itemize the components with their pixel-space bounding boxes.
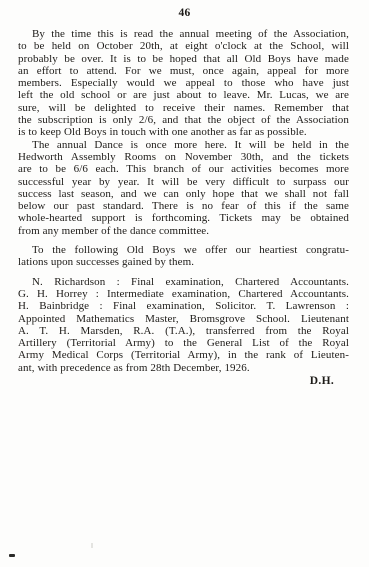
page-body: By the time this is read the annual meet… (18, 28, 349, 388)
text-line: lations upon successes gained by them. (18, 256, 349, 268)
text-line: ant, with precedence as from 28th Decemb… (18, 362, 349, 374)
text-line: is to keep Old Boys in touch with one an… (18, 126, 349, 138)
text-line: left the old school or are just about to… (18, 89, 349, 101)
paragraph: The annual Dance is once more here. It w… (18, 139, 349, 237)
text-line: Artillery (Territorial Army) to the Gene… (18, 337, 349, 349)
text-line: N. Richardson : Final examination, Chart… (18, 276, 349, 288)
text-line: an effort to attend. For we must, once a… (18, 65, 349, 77)
paragraph-container: By the time this is read the annual meet… (18, 28, 349, 374)
text-line: members. Especially would we appeal to t… (18, 77, 349, 89)
text-line: H. Bainbridge : Final examination, Solic… (18, 300, 349, 312)
text-line: below our past standard. There is no fea… (18, 200, 349, 212)
text-line: Army Medical Corps (Territorial Army), i… (18, 349, 349, 361)
text-line: success last season, and we can only hop… (18, 188, 349, 200)
text-line: probably be over. It is to be hoped that… (18, 53, 349, 65)
text-line: A. T. H. Marsden, R.A. (T.A.), transferr… (18, 325, 349, 337)
text-line: Hedworth Assembly Rooms on November 30th… (18, 151, 349, 163)
text-line: To the following Old Boys we offer our h… (18, 244, 349, 256)
text-line: are to be 6/6 each. This branch of our a… (18, 163, 349, 175)
text-line: By the time this is read the annual meet… (18, 28, 349, 40)
scan-artifact-dark (9, 554, 15, 557)
text-line: Appointed Mathematics Master, Bromsgrove… (18, 313, 349, 325)
text-line: G. H. Horrey : Intermediate examination,… (18, 288, 349, 300)
paragraph: N. Richardson : Final examination, Chart… (18, 276, 349, 374)
text-line: to be held on October 20th, at eight o'c… (18, 40, 349, 52)
scan-artifact-faint (91, 543, 93, 548)
text-line: The annual Dance is once more here. It w… (18, 139, 349, 151)
paragraph: To the following Old Boys we offer our h… (18, 244, 349, 269)
text-line: from any member of the dance committee. (18, 225, 349, 237)
author-initials: D.H. (18, 375, 349, 388)
page-number: 46 (0, 0, 369, 20)
text-line: whole-hearted support is forthcoming. Ti… (18, 212, 349, 224)
document-page: 46 By the time this is read the annual m… (0, 0, 369, 567)
text-line: successful year by year. It will be very… (18, 176, 349, 188)
text-line: sure, will be delighted to receive their… (18, 102, 349, 114)
paragraph: By the time this is read the annual meet… (18, 28, 349, 139)
text-line: the subscription is only 2/6, and that t… (18, 114, 349, 126)
